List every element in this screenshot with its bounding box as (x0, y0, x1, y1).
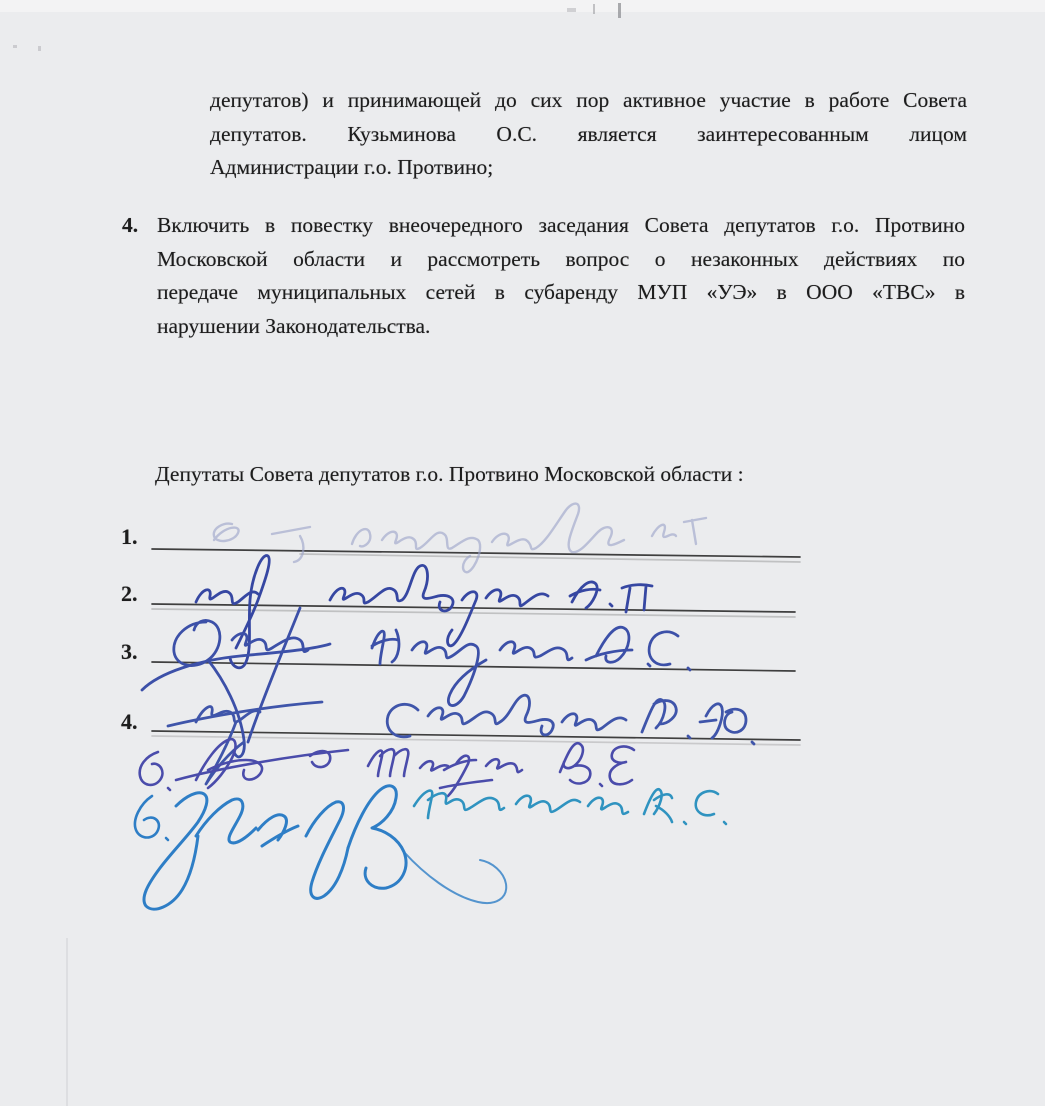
signature-rule-3 (152, 662, 795, 671)
signature-rule-ghost (300, 554, 800, 562)
signature-entry-3: Наумов Д.С. (142, 608, 690, 757)
signature-entry-2: Шабелда А.П (196, 556, 652, 668)
signature-rule-2 (152, 604, 795, 612)
signature-name-script (330, 565, 548, 645)
signature-entry-5: Мейчен В.Е (140, 739, 634, 796)
paragraph-line: передаче муниципальных сетей в субаренду… (157, 276, 965, 310)
signature-stroke (142, 644, 330, 690)
item-4-text: Включить в повестку внеочередного заседа… (157, 209, 965, 343)
handwritten-number-5 (140, 752, 170, 790)
scan-speck (13, 45, 17, 48)
signature-rules (152, 549, 800, 745)
signature-initials (560, 743, 634, 786)
signature-initials (586, 627, 690, 670)
signature-name-script (588, 798, 628, 814)
scan-tick (593, 4, 595, 14)
signature-number-1: 1. (121, 524, 138, 550)
signature-name-script (368, 749, 522, 796)
signature-initials (570, 582, 652, 612)
signature-stroke (196, 799, 256, 843)
signature-stroke (232, 633, 308, 651)
paragraph-line: депутатов. Кузьминова О.С. является заин… (210, 118, 967, 152)
paragraph-line: Включить в повестку внеочередного заседа… (157, 209, 965, 243)
signature-stroke (272, 527, 310, 562)
signature-stroke (306, 802, 348, 899)
signature-stroke (168, 702, 322, 726)
signature-number-4: 4. (121, 709, 138, 735)
signature-entry-1: Шабуков А.Т (214, 504, 706, 573)
signature-rule-4 (152, 731, 800, 740)
signature-name-script (414, 791, 504, 818)
signature-stroke (214, 524, 239, 541)
signature-stroke (440, 780, 492, 788)
signature-stroke (404, 852, 506, 903)
signature-stroke (196, 739, 262, 788)
signature-entry-6-name: Бочарева К.С. (414, 789, 726, 824)
paragraph-line: депутатов) и принимающей до сих пор акти… (210, 84, 967, 118)
signature-stroke (196, 590, 258, 604)
paragraph-line: Администрации г.о. Протвино; (210, 151, 967, 185)
paragraph-line: Московской области и рассмотреть вопрос … (157, 243, 965, 277)
scan-speck (567, 8, 576, 12)
signature-stroke (208, 608, 300, 757)
signature-stroke (206, 722, 244, 784)
signature-stroke (196, 707, 260, 722)
signature-number-2: 2. (121, 581, 138, 607)
signature-stroke (174, 620, 220, 665)
signature-initials (652, 518, 706, 544)
signature-name-script (352, 504, 624, 573)
scan-tick (618, 3, 621, 18)
signature-entry-4: Синюков Р.Ю. (168, 695, 754, 784)
signature-stroke (258, 815, 298, 846)
signature-stroke (144, 793, 207, 909)
signature-stroke (176, 750, 348, 780)
signature-rule-ghost (152, 609, 795, 617)
signature-name-script (387, 695, 626, 737)
signature-stroke (310, 751, 330, 767)
signature-number-3: 3. (121, 639, 138, 665)
paragraph-continuation: депутатов) и принимающей до сих пор акти… (210, 84, 967, 185)
paragraph-line: нарушении Законодательства. (157, 310, 965, 344)
signature-initials (644, 789, 726, 824)
signature-rule-ghost (152, 736, 800, 745)
handwritten-number-6 (135, 796, 168, 840)
signature-entry-6: Бочарева К.С. (135, 786, 506, 909)
signature-name-script (516, 796, 580, 812)
signatories-heading: Депутаты Совета депутатов г.о. Протвино … (155, 458, 875, 492)
scan-seam-line (66, 938, 68, 1106)
signature-stroke (230, 556, 269, 668)
signature-rule-1 (152, 549, 800, 557)
signature-stroke (348, 786, 406, 888)
scan-top-band (0, 0, 1045, 12)
item-4-marker: 4. (122, 209, 154, 243)
signature-initials (642, 699, 754, 744)
signature-name-script (372, 630, 572, 706)
scanned-document-page: депутатов) и принимающей до сих пор акти… (0, 0, 1045, 1106)
scan-speck (38, 46, 41, 51)
